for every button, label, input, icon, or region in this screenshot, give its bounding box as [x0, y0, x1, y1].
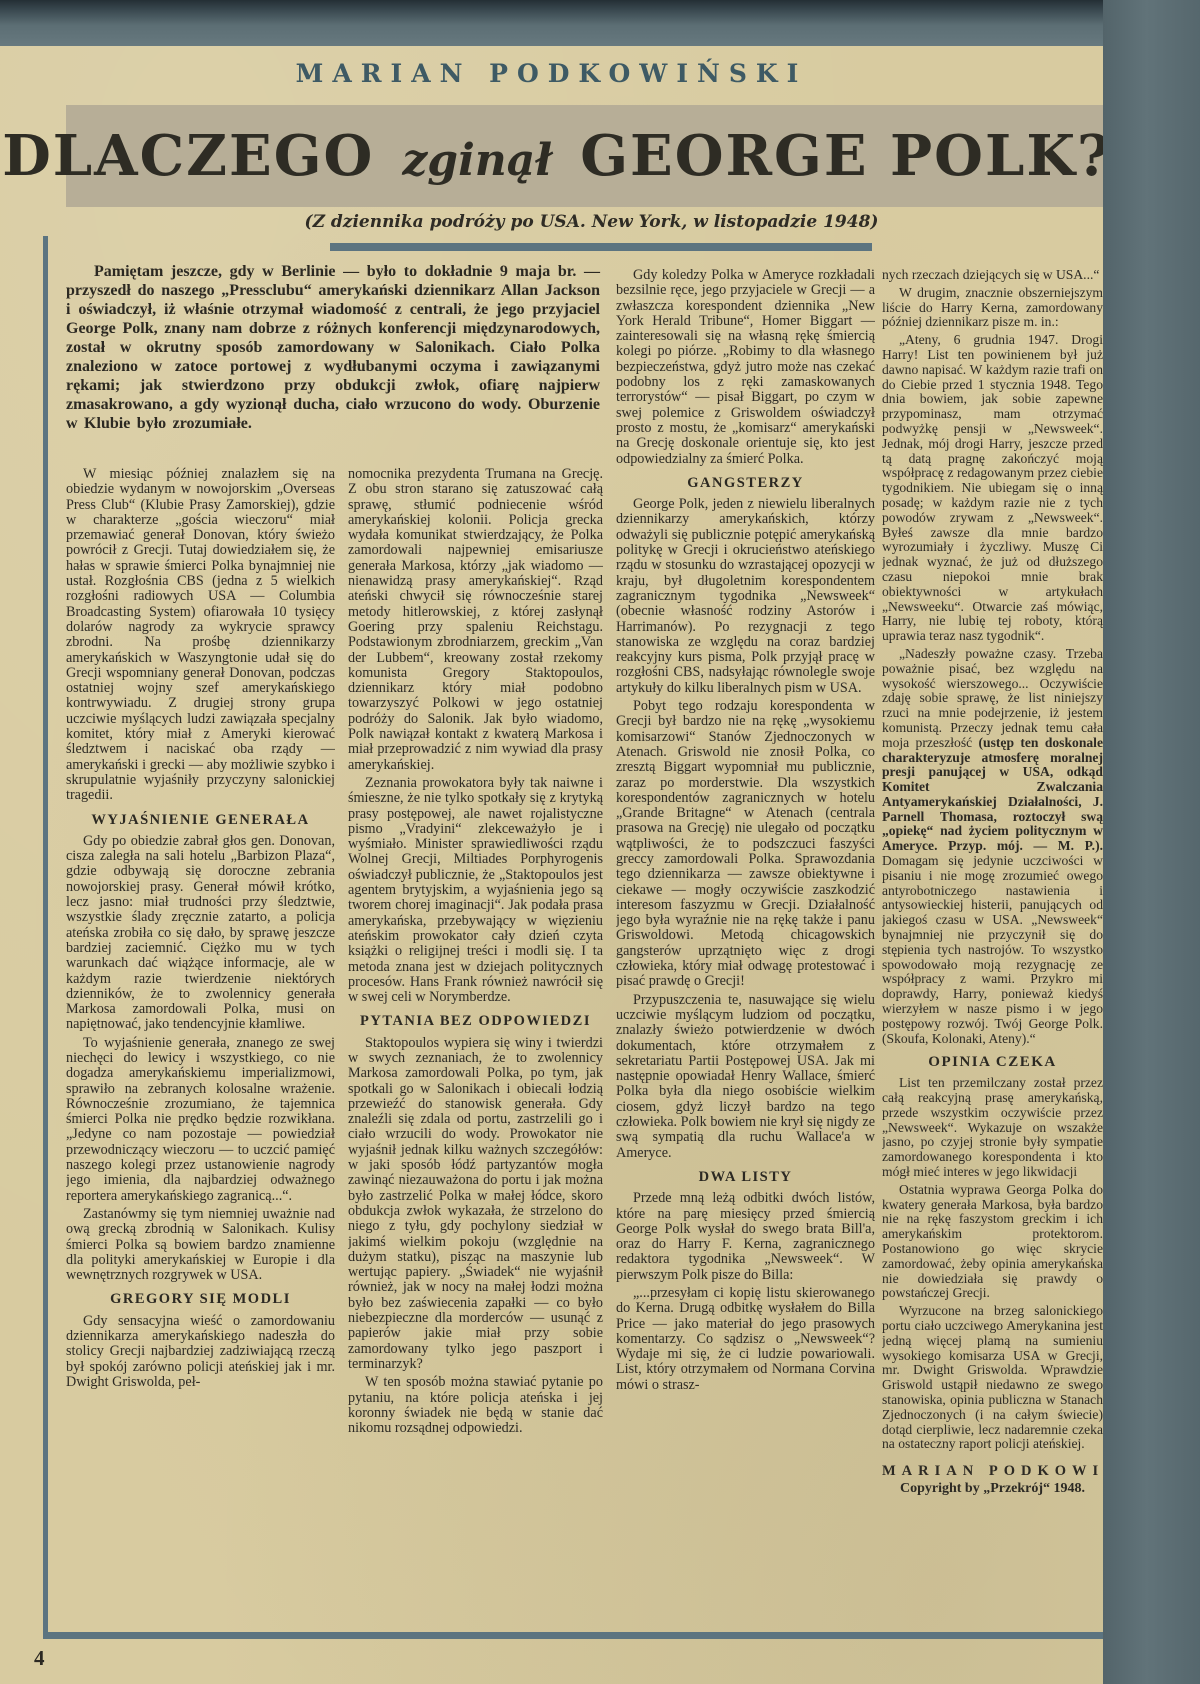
column-2: nomocnika prezydenta Trumana na Grecję. …	[348, 467, 603, 1639]
paragraph: „Ateny, 6 grudnia 1947. Drogi Harry! Lis…	[882, 333, 1103, 644]
section-heading: PYTANIA BEZ ODPOWIEDZI	[348, 1014, 603, 1029]
paragraph: „...przesyłam ci kopię listu skierowaneg…	[616, 1286, 875, 1393]
section-heading: OPINIA CZEKA	[882, 1055, 1103, 1070]
scanned-newspaper-page: MARIAN PODKOWIŃSKI DLACZEGO zginął GEORG…	[0, 0, 1200, 1684]
paragraph: List ten przemilczany został przez całą …	[882, 1076, 1103, 1180]
subtitle: (Z dziennika podróży po USA. New York, w…	[80, 212, 1103, 232]
paragraph: „Nadeszły poważne czasy. Trzeba poważnie…	[882, 647, 1103, 1047]
paragraph: W ten sposób można stawiać pytanie po py…	[348, 1375, 603, 1436]
column-4: nych rzeczach dziejących się w USA...“W …	[882, 268, 1103, 1636]
paragraph: Gdy koledzy Polka w Ameryce rozkładali b…	[616, 268, 875, 467]
headline-word-dlaczego: DLACZEGO	[2, 123, 374, 189]
copyright-line: Copyright by „Przekrój“ 1948.	[882, 1482, 1103, 1497]
scan-right-edge	[1103, 0, 1200, 1684]
paragraph: To wyjaśnienie generała, znanego ze swej…	[66, 1036, 335, 1204]
headline-word-george-polk: GEORGE POLK?	[580, 123, 1103, 189]
section-heading: DWA LISTY	[616, 1170, 875, 1185]
paragraph: Przypuszczenia te, nasuwające się wielu …	[616, 993, 875, 1161]
paragraph: Pobyt tego rodzaju korespondenta w Grecj…	[616, 699, 875, 990]
column-3: Gdy koledzy Polka w Ameryce rozkładali b…	[616, 268, 875, 1636]
paragraph: Gdy po obiedzie zabrał głos gen. Donovan…	[66, 834, 335, 1033]
left-margin-rule	[43, 236, 48, 1636]
section-heading: GREGORY SIĘ MODLI	[66, 1292, 335, 1307]
column-1: W miesiąc później znalazłem się na obied…	[66, 467, 335, 1639]
section-heading: GANGSTERZY	[616, 476, 875, 491]
headline-word-zginal: zginął	[402, 135, 552, 186]
signature: MARIAN PODKOWIŃSKI	[882, 1464, 1103, 1479]
headline-band: DLACZEGO zginął GEORGE POLK?	[66, 105, 1103, 207]
paragraph: W drugim, znacznie obszerniejszym liście…	[882, 286, 1103, 330]
lead-paragraph: Pamiętam jeszcze, gdy w Berlinie — było …	[66, 262, 600, 433]
section-heading: WYJAŚNIENIE GENERAŁA	[66, 813, 335, 828]
paragraph: Staktopoulos wypiera się winy i twierdzi…	[348, 1036, 603, 1373]
decorative-rule-center	[330, 243, 872, 251]
paragraph: George Polk, jeden z niewielu liberalnyc…	[616, 497, 875, 696]
author-name: MARIAN PODKOWIŃSKI	[0, 59, 1103, 88]
newspaper-page: MARIAN PODKOWIŃSKI DLACZEGO zginął GEORG…	[0, 46, 1103, 1684]
paragraph: Zastanówmy się tym niemniej uważnie nad …	[66, 1207, 335, 1283]
paragraph: Zeznania prowokatora były tak naiwne i ś…	[348, 776, 603, 1005]
paragraph: nomocnika prezydenta Trumana na Grecję. …	[348, 467, 603, 773]
scan-top-edge	[0, 0, 1200, 46]
paragraph: Wyrzucone na brzeg salonickiego portu ci…	[882, 1304, 1103, 1452]
paragraph: nych rzeczach dziejących się w USA...“	[882, 268, 1103, 283]
paragraph: Gdy sensacyjna wieść o zamordowaniu dzie…	[66, 1314, 335, 1390]
paragraph: W miesiąc później znalazłem się na obied…	[66, 467, 335, 804]
paragraph: Przede mną leżą odbitki dwóch listów, kt…	[616, 1191, 875, 1283]
page-number: 4	[34, 1646, 45, 1671]
paragraph: Ostatnia wyprawa Georga Polka do kwatery…	[882, 1183, 1103, 1301]
